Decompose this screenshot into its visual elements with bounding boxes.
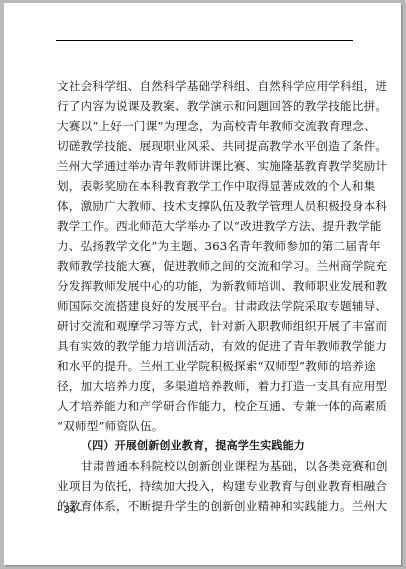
text-line: 教师教学技能大赛，促进教师之间的交流和学习。兰州商学院充: [57, 256, 355, 276]
text-line: 业项目为依托，持续加大投入，构建专业教育与创业教育相融合: [57, 476, 355, 496]
text-line: 师国际交流搭建良好的发展平台。甘肃政法学院采取专题辅导、: [57, 296, 355, 316]
text-line: 具有实效的教学能力培训活动，有效的促进了青年教师教学能力: [57, 336, 355, 356]
header-rule: [56, 40, 353, 41]
document-page: 文社会科学组、自然科学基础学科组、自然科学应用学科组，进 行了内容为说课及教案、…: [4, 3, 401, 565]
text-line: 切磋教学技能、展现职业风采、共同提高教学水平创造了条件。: [57, 136, 355, 156]
text-line: 径，加大培养力度，多渠道培养教师，着力打造一支具有应用型: [57, 376, 355, 396]
text-line: 的教育体系，不断提升学生的创新创业精神和实践能力。兰州大: [57, 496, 355, 516]
text-line: 大赛以“上好一门课”为理念，为高校青年教师交流教育理念、: [57, 116, 355, 136]
text-line: 文社会科学组、自然科学基础学科组、自然科学应用学科组，进: [57, 76, 355, 96]
text-line: 研讨交流和观摩学习等方式，针对新入职教师组织开展了丰富而: [57, 316, 355, 336]
text-line: 和水平的提升。兰州工业学院积极探索“双师型”教师的培养途: [57, 356, 355, 376]
text-line: 人才培养能力和产学研合作能力，校企互通、专兼一体的高素质: [57, 396, 355, 416]
page-number: - 34 -: [57, 504, 83, 516]
document-viewer: 文社会科学组、自然科学基础学科组、自然科学应用学科组，进 行了内容为说课及教案、…: [0, 0, 406, 569]
text-line: 甘肃普通本科院校以创新创业课程为基础，以各类竞赛和创: [57, 456, 355, 476]
page-body: 文社会科学组、自然科学基础学科组、自然科学应用学科组，进 行了内容为说课及教案、…: [57, 76, 355, 516]
text-line: 教学工作。西北师范大学举办了以“改进教学方法、提升教学能: [57, 216, 355, 236]
text-line: 兰州大学通过举办青年教师讲课比赛、实施隆基教育教学奖励计: [57, 156, 355, 176]
text-line: 行了内容为说课及教案、教学演示和问题回答的教学技能比拼。: [57, 96, 355, 116]
text-line: 体，激励广大教师、技术支撑队伍及教学管理人员积极投身本科: [57, 196, 355, 216]
text-line: “双师型”师资队伍。: [57, 416, 355, 436]
text-line: 分发挥教师发展中心的功能，为新教师培训、教师职业发展和教: [57, 276, 355, 296]
text-line: 划，表彰奖励在本科教育教学工作中取得显著成效的个人和集: [57, 176, 355, 196]
text-line: 力、弘扬教学文化”为主题、363名青年教师参加的第二届青年: [57, 236, 355, 256]
section-heading: （四）开展创新创业教育，提高学生实践能力: [57, 436, 355, 456]
